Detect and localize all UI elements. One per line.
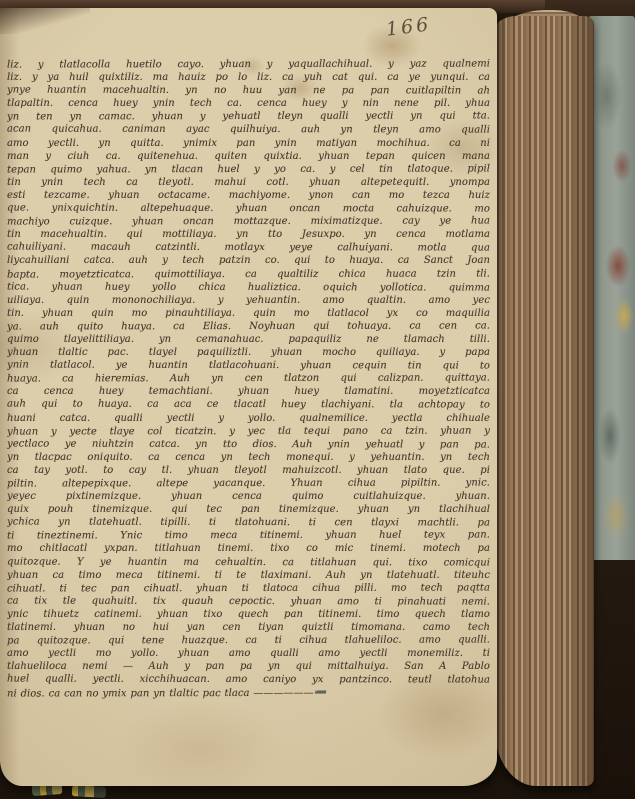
manuscript-line: ca cenca huey temachtiani. yhuan huey tl… bbox=[7, 385, 490, 398]
manuscript-line: tepan quimo yahua. yn tlacan huel y yo c… bbox=[7, 162, 490, 176]
manuscript-line: yhuan ca timo meca titinemi. ti te tlaxi… bbox=[7, 569, 490, 582]
manuscript-line: man y ciuh ca. quitenehua. quiten quixti… bbox=[7, 150, 490, 163]
marbled-endpaper-edge bbox=[588, 16, 635, 566]
manuscript-line: cahuiliyani. macauh catzintli. motlayx y… bbox=[7, 241, 490, 255]
manuscript-line: ca tix tle quahuitl. tix quauh cepoctic.… bbox=[7, 594, 490, 608]
manuscript-line: tlatinemi. yhuan no hui yan cen tiyan qu… bbox=[7, 621, 490, 634]
manuscript-line: huaya. ca hieremias. Auh yn cen tlatzon … bbox=[7, 372, 490, 386]
manuscript-line: que. ynixquichtin. altepehuaque. yhuan o… bbox=[7, 202, 490, 216]
manuscript-line: cihuatl. ti tec pan cihuatl. yhuan ti tl… bbox=[7, 581, 490, 595]
manuscript-line: quix pouh tinemizque. qui tec pan tinemi… bbox=[7, 503, 490, 516]
manuscript-line: liycahuiliani catca. auh y tech patzin c… bbox=[7, 254, 490, 267]
manuscript-line: yeyec pixtinemizque. yhuan cenca quimo c… bbox=[7, 490, 490, 503]
book-photo: 166 liz. y tlatlacolla huetilo cayo. yhu… bbox=[0, 0, 635, 799]
manuscript-page: 166 liz. y tlatlacolla huetilo cayo. yhu… bbox=[0, 8, 497, 786]
manuscript-line: yn tlacpac oniquito. ca cenca yn tech mo… bbox=[7, 451, 490, 464]
manuscript-line: ca tay yotl. to cay tl. yhuan tleyotl ma… bbox=[7, 464, 490, 477]
manuscript-line: ni dios. ca can no ymix pan yn tlaltic p… bbox=[7, 686, 490, 700]
manuscript-line: ti tineztinemi. Ynic timo meca titinemi.… bbox=[7, 529, 490, 543]
manuscript-line: liz. y ya huil quixtiliz. ma hauiz po lo… bbox=[7, 71, 490, 84]
manuscript-line: bapta. moyetzticatca. quimottiliaya. ca … bbox=[7, 267, 490, 281]
manuscript-line: tin ynin tech ca tleyotl. mahui cotl. yh… bbox=[7, 176, 490, 189]
manuscript-line: yhuan tlaltic pac. tlayel paquiliztli. y… bbox=[7, 346, 490, 359]
manuscript-line: yhuan y yecte tlaye col ticatzin. y yec … bbox=[7, 424, 490, 438]
manuscript-line: quimo tlayelittiliaya. yn cemanahuac. pa… bbox=[7, 333, 490, 346]
cover-shadow bbox=[588, 560, 635, 799]
manuscript-line: yectlaco ye niuhtzin catca. yn tto dios.… bbox=[7, 437, 490, 451]
manuscript-line: ynic tihuetz catinemi. yhuan tixo quech … bbox=[7, 608, 490, 621]
manuscript-line: tin macehualtin. qui mottiliaya. yn tto … bbox=[7, 228, 490, 241]
manuscript-line: amo yectli mo yollo. yhuan amo qualli am… bbox=[7, 647, 490, 660]
manuscript-line: tica. yhuan huey yollo chica hualiztica.… bbox=[7, 280, 490, 294]
manuscript-line: machiyo cuizque. yhuan oncan mottazque. … bbox=[7, 215, 490, 229]
manuscript-line: huel qualli. yectli. xicchihuacan. amo c… bbox=[7, 673, 490, 687]
manuscript-line: uiliaya. quin mononochiliaya. y yehuanti… bbox=[7, 294, 490, 307]
manuscript-line: ynye huantin macehualtin. yn no huu yan … bbox=[7, 84, 490, 98]
manuscript-line: acan quicahua. caniman ayac quilhuiya. a… bbox=[7, 123, 490, 137]
manuscript-line: quitozque. Y ye huantin ma cehualtin. ca… bbox=[7, 555, 490, 569]
manuscript-line: huani catca. qualli yectli y yollo. qual… bbox=[7, 412, 490, 425]
page-stack-fore-edge bbox=[494, 16, 594, 786]
manuscript-line: tlapaltin. cenca huey ynin tech ca. cenc… bbox=[7, 97, 490, 110]
manuscript-line: amo yectli. yn quitta. ynimix pan ynin m… bbox=[7, 137, 490, 150]
manuscript-line: piltin. altepepixque. altepe yacanque. Y… bbox=[7, 476, 490, 490]
manuscript-line: liz. y tlatlacolla huetilo cayo. yhuan y… bbox=[7, 57, 490, 71]
manuscript-line: tlahueliloca nemi — Auh y pan pa yn qui … bbox=[7, 660, 490, 673]
manuscript-line: auh qui to huaya. ca aca ce tlacatl huey… bbox=[7, 398, 490, 412]
manuscript-line: ya. auh quito huaya. ca Elias. Noyhuan q… bbox=[7, 319, 490, 333]
manuscript-line: esti tezcame. yhuan octacame. machiyome.… bbox=[7, 189, 490, 202]
manuscript-line: mo chitlacatl yxpan. titlahuan tinemi. t… bbox=[7, 542, 490, 555]
manuscript-line: tin. yhuan quin mo pinauhtiliaya. quin m… bbox=[7, 307, 490, 320]
marbled-fragment bbox=[72, 785, 107, 798]
folio-number: 166 bbox=[385, 13, 433, 40]
manuscript-line: ynin tlatlacol. ye huantin tlatlacohuani… bbox=[7, 359, 490, 373]
manuscript-text-block: liz. y tlatlacolla huetilo cayo. yhuan y… bbox=[7, 58, 490, 700]
manuscript-line: pa quitozque. qui tene huazque. ca ti ci… bbox=[7, 634, 490, 648]
gutter-shadow bbox=[0, 8, 90, 34]
